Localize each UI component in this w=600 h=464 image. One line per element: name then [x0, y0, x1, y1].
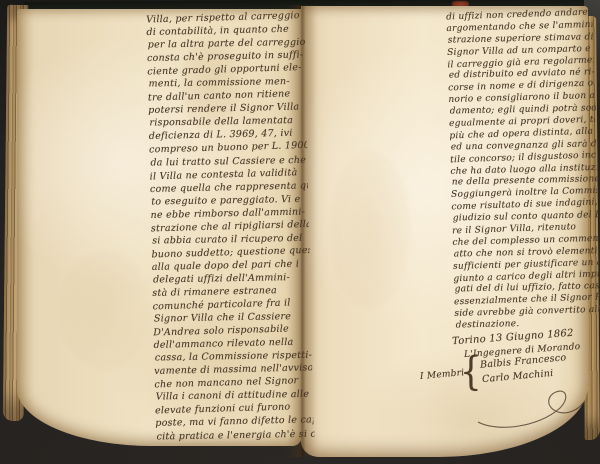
signature-flourish — [472, 382, 590, 434]
left-page-text: Villa, per rispetto al carreggiodi conta… — [146, 9, 314, 443]
members-label: I Membri — [420, 368, 465, 382]
closing-block: Torino 13 Giugno 1862 L'Ingegnere di Mor… — [420, 330, 598, 442]
manuscript-line: cità pratica e l'energia ch'è si chiamat… — [156, 427, 314, 443]
manuscript-line: to eseguito e pareggiato. Vi e — [151, 192, 309, 208]
manuscript-line: delegati uffizi dell'Ammini- — [153, 271, 311, 287]
right-page-text: di uffizi non credendo andare errataargo… — [446, 8, 600, 333]
manuscript-photo: Villa, per rispetto al carreggiodi conta… — [0, 0, 600, 464]
